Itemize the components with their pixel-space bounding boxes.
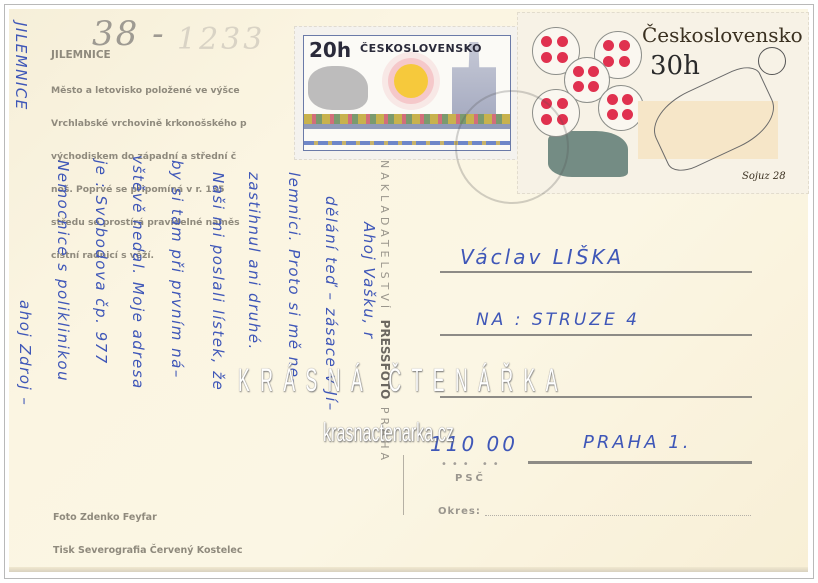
recipient-name: Václav LIŠKA bbox=[460, 245, 624, 269]
address-line-1 bbox=[440, 271, 752, 273]
address-line-city bbox=[528, 461, 752, 464]
photo-credit: Foto Zdenko Feyfar bbox=[53, 512, 243, 523]
printed-title: JILEMNICE bbox=[51, 49, 111, 61]
publisher-label: NAKLADATELSTVÍ bbox=[378, 160, 391, 312]
printed-credits: Foto Zdenko Feyfar Tisk Severografia Čer… bbox=[53, 490, 243, 567]
watermark-title: KRÁSNÁ ČTENÁŘKA bbox=[238, 362, 568, 399]
stamp-country: Československo bbox=[642, 23, 803, 47]
handwritten-line: Naši mi poslali lístek, že bbox=[209, 172, 227, 391]
handwritten-line: zastihnul ani druhé. bbox=[245, 172, 263, 351]
handwritten-line: Nemocnice s poliklinikou bbox=[54, 160, 72, 382]
handwritten-line: je : Svobodova čp. 977 bbox=[92, 160, 110, 365]
recipient-city: PRAHA 1. bbox=[583, 432, 691, 453]
print-credit: Tisk Severografia Červený Kostelec bbox=[53, 545, 243, 556]
zip-label: PSČ bbox=[455, 473, 486, 484]
card-edge bbox=[9, 567, 808, 572]
lion-statue-icon bbox=[308, 66, 368, 110]
interkosmos-emblem-icon bbox=[758, 47, 786, 75]
stamp-value: 30h bbox=[650, 51, 700, 81]
stamp-caption: Sojuz 28 bbox=[742, 171, 786, 182]
handwritten-signoff: ahoj Zdroj – bbox=[16, 300, 34, 406]
handwritten-line: vštěvě nedal. Moje adresa bbox=[129, 155, 147, 390]
district-label: Okres: bbox=[438, 506, 481, 517]
address-line-2 bbox=[440, 334, 752, 336]
recipient-street: NA : STRUZE 4 bbox=[476, 310, 640, 330]
pencil-note-faint: 1233 bbox=[177, 22, 265, 57]
desc-line: Město a letovisko položené ve výšce bbox=[51, 85, 291, 96]
watermark-url: krasnactenarka.cz bbox=[323, 417, 454, 448]
handwritten-line: Ahoj Vašku, r bbox=[360, 222, 378, 340]
zip-dots: ••• •• bbox=[441, 459, 504, 470]
stamp-value: 20h bbox=[309, 38, 351, 62]
desc-line: Vrchlabské vrchovině krkonošského p bbox=[51, 118, 291, 129]
stamp-country: ČESKOSLOVENSKO bbox=[360, 42, 482, 55]
handwritten-line: lemnici. Proto si mě ne– bbox=[285, 172, 303, 387]
handwritten-line: by si tam při prvním ná– bbox=[168, 160, 186, 379]
district-line bbox=[485, 515, 751, 516]
handwritten-town: JILEMNICE bbox=[12, 22, 30, 111]
pencil-note: 38 - bbox=[92, 14, 166, 54]
divider-line bbox=[403, 455, 404, 515]
sun-icon bbox=[394, 64, 428, 98]
postmark bbox=[455, 90, 569, 204]
